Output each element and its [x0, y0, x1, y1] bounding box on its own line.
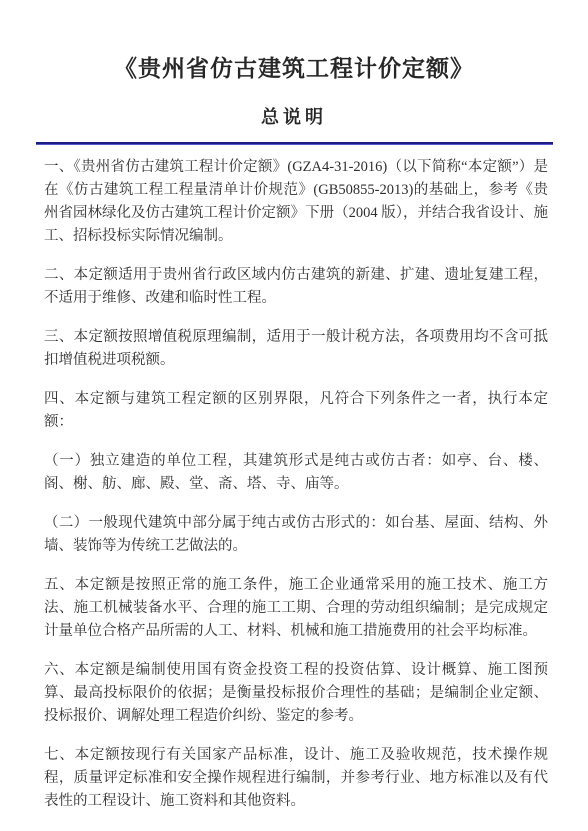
- paragraph: 四、本定额与建筑工程定额的区别界限，凡符合下列条件之一者，执行本定额：: [44, 388, 548, 434]
- page-title: 《贵州省仿古建筑工程计价定额》: [0, 0, 588, 83]
- document-page: 《贵州省仿古建筑工程计价定额》 总说明 一、《贵州省仿古建筑工程计价定额》(GZ…: [0, 0, 588, 831]
- page-subtitle: 总说明: [0, 103, 588, 129]
- paragraph: 二、本定额适用于贵州省行政区域内仿古建筑的新建、扩建、遗址复建工程，不适用于维修…: [44, 264, 548, 310]
- paragraph: 一、《贵州省仿古建筑工程计价定额》(GZA4-31-2016)（以下简称“本定额…: [44, 156, 548, 248]
- paragraph: （二）一般现代建筑中部分属于纯古或仿古形式的：如台基、屋面、结构、外墙、装饰等为…: [44, 512, 548, 558]
- paragraph: 三、本定额按照增值税原理编制，适用于一般计税方法，各项费用均不含可抵扣增值税进项…: [44, 326, 548, 372]
- paragraph: 七、本定额按现行有关国家产品标准，设计、施工及验收规范，技术操作规程，质量评定标…: [44, 744, 548, 813]
- document-body: 一、《贵州省仿古建筑工程计价定额》(GZA4-31-2016)（以下简称“本定额…: [44, 156, 548, 813]
- paragraph: 五、本定额是按照正常的施工条件，施工企业通常采用的施工技术、施工方法、施工机械装…: [44, 574, 548, 643]
- paragraph: （一）独立建造的单位工程，其建筑形式是纯古或仿古者：如亭、台、楼、阁、榭、舫、廊…: [44, 450, 548, 496]
- title-divider-rule: [36, 142, 553, 145]
- paragraph: 六、本定额是编制使用国有资金投资工程的投资估算、设计概算、施工图预算、最高投标限…: [44, 659, 548, 728]
